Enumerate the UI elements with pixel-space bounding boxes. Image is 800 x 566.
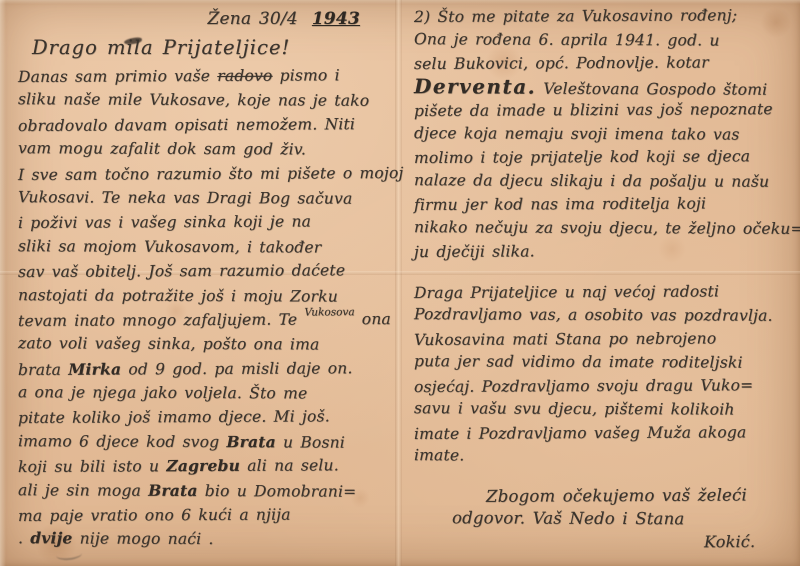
handwriting-line: ju dječiji slika. (414, 239, 798, 265)
handwriting-segment: bio u Domobrani= (198, 482, 357, 501)
handwriting-line: tevam inato mnogo zafaljujem. Te Vukosov… (18, 307, 394, 333)
handwriting-segment-strike: radovo (217, 67, 272, 85)
handwriting-line: odgovor. Vaš Nedo i Stana (452, 506, 798, 531)
handwriting-line: imamo 6 djece kod svog Brata u Bosni (18, 429, 394, 455)
handwriting-line: molimo i toje prijatelje kod koji se dje… (414, 145, 798, 171)
right-page-body-paragraph-1: 2) Što me pitate za Vukosavino rođenj;On… (414, 5, 798, 264)
handwriting-line: firmu jer kod nas ima roditelja koji (414, 192, 798, 218)
handwriting-line: Derventa. Veleštovana Gospodo štomi (414, 75, 798, 100)
handwriting-segment: nije mogo naći . (72, 530, 213, 549)
handwriting-line: pitate koliko još imamo djece. Mi još. (18, 404, 394, 430)
handwriting-line: brata Mirka od 9 god. pa misli daje on. (18, 356, 394, 382)
handwriting-segment: imamo 6 djece kod svog (18, 432, 226, 451)
handwriting-line: Vukosavina mati Stana po nebrojeno (414, 326, 798, 352)
date-year: 1943 (312, 9, 360, 29)
handwriting-line: Kokić. (704, 529, 798, 552)
salutation: Drago mila Prijateljice! (32, 32, 394, 64)
handwriting-line: savu i vašu svu djecu, pištemi kolikoih (414, 397, 798, 422)
handwriting-line: 2) Što me pitate za Vukosavino rođenj; (414, 4, 798, 30)
handwriting-line: sav vaš obitelj. Još sam razumio daćete (18, 258, 394, 284)
handwriting-line: puta jer sad vidimo da imate roditeljski (414, 350, 798, 375)
handwriting-segment-big: Derventa. (414, 74, 536, 99)
handwriting-line: Draga Prijateljice u naj većoj radosti (414, 279, 798, 305)
handwriting-line: ali je sin moga Brata bio u Domobrani= (18, 478, 394, 504)
closing-and-signature: Zbogom očekujemo vaš želećiodgovor. Vaš … (414, 484, 798, 553)
handwriting-segment: . (18, 530, 30, 548)
right-page: 2) Što me pitate za Vukosavino rođenj;On… (402, 0, 800, 566)
handwriting-segment: ali je sin moga (18, 481, 148, 500)
handwriting-line: pišete da imade u blizini vas još nepozn… (414, 98, 798, 124)
date-place: Žena 30/4 (208, 9, 298, 29)
handwriting-line: Danas sam primio vaše radovo pismo i (18, 63, 394, 89)
handwriting-line: osjećaj. Pozdravljamo svoju dragu Vuko= (414, 373, 798, 399)
handwriting-segment: u Bosni (276, 433, 345, 451)
handwriting-line: imate. (414, 444, 798, 469)
date-line: Žena 30/41943 (18, 6, 394, 32)
handwriting-line: Ona je rođena 6. aprila 1941. god. u (414, 28, 798, 53)
handwriting-line: . dvije nije mogo naći . (18, 527, 394, 553)
handwriting-segment-bold: Zagrebu (166, 456, 240, 475)
handwriting-line: Vukosavi. Te neka vas Dragi Bog sačuva (18, 185, 394, 211)
handwriting-line: vam mogu zafalit dok sam god živ. (18, 136, 394, 162)
handwriting-segment: pismo i (272, 66, 339, 84)
handwriting-segment: ona (355, 310, 391, 328)
handwriting-line: zato voli vašeg sinka, pošto ona ima (18, 331, 394, 357)
left-page-body: Danas sam primio vaše radovo pismo islik… (18, 64, 394, 552)
handwriting-segment: od 9 god. pa misli daje on. (121, 359, 352, 378)
handwriting-segment-bold: Mirka (68, 359, 121, 378)
handwriting-segment-bold: dvije (30, 529, 72, 548)
handwriting-segment: Danas sam primio vaše (18, 67, 217, 86)
handwriting-segment-bold: Brata (148, 480, 198, 499)
handwriting-segment: tevam inato mnogo zafaljujem. Te (18, 310, 304, 329)
handwriting-line: imate i Pozdravljamo vašeg Muža akoga (414, 420, 798, 446)
handwriting-line: a ona je njega jako voljela. Što me (18, 380, 394, 406)
handwriting-line: i poživi vas i vašeg sinka koji je na (18, 209, 394, 235)
handwriting-line: nastojati da potražite još i moju Zorku (18, 283, 394, 309)
handwriting-line: Pozdravljamo vas, a osobito vas pozdravl… (414, 303, 798, 328)
handwriting-segment-bold: Brata (226, 432, 276, 451)
handwriting-line: nalaze da djecu slikaju i da pošalju u n… (414, 169, 798, 194)
handwriting-segment: ali na selu. (240, 457, 339, 476)
handwriting-segment-sup: Vukosova (304, 306, 354, 318)
handwriting-segment: brata (18, 360, 68, 378)
left-page: Žena 30/41943 Drago mila Prijateljice! D… (0, 0, 398, 566)
handwriting-line: ma paje vratio ono 6 kući a njija (18, 502, 394, 528)
handwriting-line: Zbogom očekujemo vaš želeći (486, 483, 798, 508)
handwriting-line: sliku naše mile Vukosave, koje nas je ta… (18, 88, 394, 114)
handwriting-line: obradovalo davam opisati nemožem. Niti (18, 112, 394, 138)
handwriting-line: koji su bili isto u Zagrebu ali na selu. (18, 453, 394, 479)
right-page-body-paragraph-2: Draga Prijateljice u naj većoj radostiPo… (414, 281, 798, 469)
handwriting-line: selu Bukovici, opć. Podnovlje. kotar (414, 51, 798, 77)
handwriting-line: sliki sa mojom Vukosavom, i također (18, 234, 394, 260)
handwriting-line: nikako nečuju za svoju djecu, te željno … (414, 216, 798, 241)
handwriting-line: I sve sam točno razumio što mi pišete o … (18, 161, 394, 187)
handwriting-line: djece koja nemaju svoji imena tako vas (414, 122, 798, 147)
handwriting-segment: Veleštovana Gospodo štomi (536, 79, 767, 98)
letter-photo: Žena 30/41943 Drago mila Prijateljice! D… (0, 0, 800, 566)
handwriting-segment: koji su bili isto u (18, 457, 166, 476)
